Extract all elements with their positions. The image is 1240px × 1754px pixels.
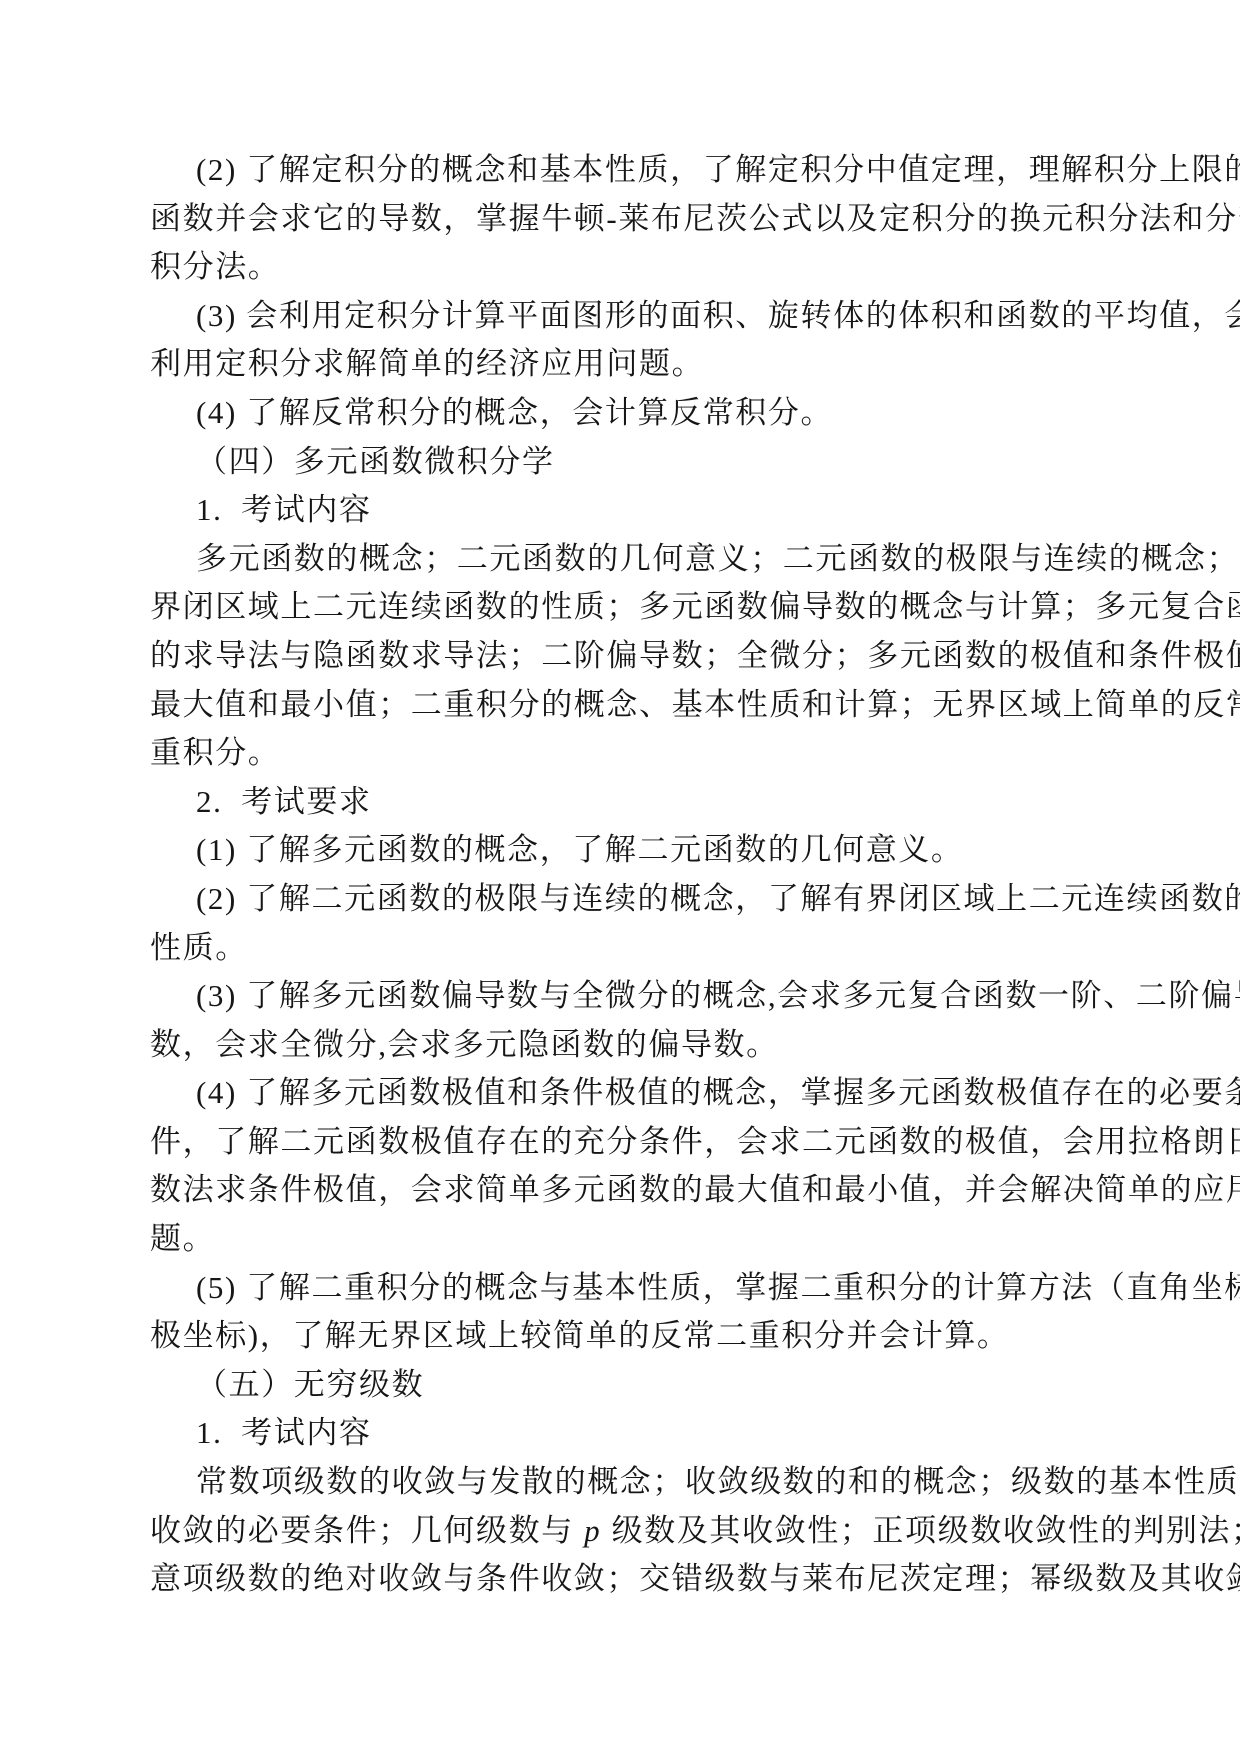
text-line: 数法求条件极值，会求简单多元函数的最大值和最小值，并会解决简单的应用问 xyxy=(150,1166,1100,1215)
text-line: 利用定积分求解简单的经济应用问题。 xyxy=(150,340,1100,389)
section-heading-line: 2. 考试要求 xyxy=(150,778,1100,827)
text-line: 函数并会求它的导数，掌握牛顿-莱布尼茨公式以及定积分的换元积分法和分部 xyxy=(150,195,1100,244)
section-heading-line: （五）无穷级数 xyxy=(150,1361,1100,1410)
text-run: (3) 了解多元函数偏导数与全微分的概念,会求多元复合函数一阶、二阶偏导 xyxy=(196,978,1240,1013)
section-heading-line: 1. 考试内容 xyxy=(150,1409,1100,1458)
text-run: 的求导法与隐函数求导法；二阶偏导数；全微分；多元函数的极值和条件极值、 xyxy=(150,638,1240,673)
text-run: (2) 了解二元函数的极限与连续的概念，了解有界闭区域上二元连续函数的 xyxy=(196,881,1240,916)
text-line: 界闭区域上二元连续函数的性质；多元函数偏导数的概念与计算；多元复合函数 xyxy=(150,583,1100,632)
text-line: (1) 了解多元函数的概念，了解二元函数的几何意义。 xyxy=(150,826,1100,875)
text-run: 2. 考试要求 xyxy=(196,784,372,819)
text-run: (3) 会利用定积分计算平面图形的面积、旋转体的体积和函数的平均值，会 xyxy=(196,298,1240,333)
math-variable: p xyxy=(583,1513,602,1548)
text-line: (4) 了解多元函数极值和条件极值的概念，掌握多元函数极值存在的必要条 xyxy=(150,1069,1100,1118)
document-page: (2) 了解定积分的概念和基本性质，了解定积分中值定理，理解积分上限的函数并会求… xyxy=(0,0,1240,1754)
text-line: 收敛的必要条件；几何级数与 p 级数及其收敛性；正项级数收敛性的判别法；任 xyxy=(150,1507,1100,1556)
text-block: (2) 了解定积分的概念和基本性质，了解定积分中值定理，理解积分上限的函数并会求… xyxy=(150,146,1100,1604)
text-run: 函数并会求它的导数，掌握牛顿-莱布尼茨公式以及定积分的换元积分法和分部 xyxy=(150,201,1240,236)
text-line: 的求导法与隐函数求导法；二阶偏导数；全微分；多元函数的极值和条件极值、 xyxy=(150,632,1100,681)
text-run: 极坐标)，了解无界区域上较简单的反常二重积分并会计算。 xyxy=(150,1318,1010,1353)
text-run: 数法求条件极值，会求简单多元函数的最大值和最小值，并会解决简单的应用问 xyxy=(150,1172,1240,1207)
text-line: 数，会求全微分,会求多元隐函数的偏导数。 xyxy=(150,1021,1100,1070)
text-run: 常数项级数的收敛与发散的概念；收敛级数的和的概念；级数的基本性质与 xyxy=(196,1464,1240,1499)
text-line: (3) 了解多元函数偏导数与全微分的概念,会求多元复合函数一阶、二阶偏导 xyxy=(150,972,1100,1021)
text-run: （四）多元函数微积分学 xyxy=(196,444,555,479)
text-run: (4) 了解多元函数极值和条件极值的概念，掌握多元函数极值存在的必要条 xyxy=(196,1075,1240,1110)
text-run: (5) 了解二重积分的概念与基本性质，掌握二重积分的计算方法（直角坐标、 xyxy=(196,1270,1240,1305)
text-run: 收敛的必要条件；几何级数与 xyxy=(150,1513,583,1548)
text-run: 最大值和最小值；二重积分的概念、基本性质和计算；无界区域上简单的反常二 xyxy=(150,687,1240,722)
text-line: (2) 了解二元函数的极限与连续的概念，了解有界闭区域上二元连续函数的 xyxy=(150,875,1100,924)
section-heading-line: 1. 考试内容 xyxy=(150,486,1100,535)
section-heading-line: （四）多元函数微积分学 xyxy=(150,438,1100,487)
text-line: 多元函数的概念；二元函数的几何意义；二元函数的极限与连续的概念；有 xyxy=(150,535,1100,584)
text-run: 数，会求全微分,会求多元隐函数的偏导数。 xyxy=(150,1027,779,1062)
text-line: (3) 会利用定积分计算平面图形的面积、旋转体的体积和函数的平均值，会 xyxy=(150,292,1100,341)
text-run: 1. 考试内容 xyxy=(196,1415,372,1450)
text-line: (4) 了解反常积分的概念，会计算反常积分。 xyxy=(150,389,1100,438)
text-line: 题。 xyxy=(150,1215,1100,1264)
text-line: (5) 了解二重积分的概念与基本性质，掌握二重积分的计算方法（直角坐标、 xyxy=(150,1264,1100,1313)
text-line: 常数项级数的收敛与发散的概念；收敛级数的和的概念；级数的基本性质与 xyxy=(150,1458,1100,1507)
text-run: 级数及其收敛性；正项级数收敛性的判别法；任 xyxy=(602,1513,1240,1548)
text-run: (4) 了解反常积分的概念，会计算反常积分。 xyxy=(196,395,833,430)
text-line: 重积分。 xyxy=(150,729,1100,778)
text-line: 积分法。 xyxy=(150,243,1100,292)
text-run: 多元函数的概念；二元函数的几何意义；二元函数的极限与连续的概念；有 xyxy=(196,541,1240,576)
text-run: （五）无穷级数 xyxy=(196,1367,424,1402)
text-line: 极坐标)，了解无界区域上较简单的反常二重积分并会计算。 xyxy=(150,1312,1100,1361)
text-run: (1) 了解多元函数的概念，了解二元函数的几何意义。 xyxy=(196,832,964,867)
text-run: 重积分。 xyxy=(150,735,280,770)
text-run: 件，了解二元函数极值存在的充分条件，会求二元函数的极值，会用拉格朗日乘 xyxy=(150,1124,1240,1159)
text-line: 性质。 xyxy=(150,924,1100,973)
text-run: 意项级数的绝对收敛与条件收敛；交错级数与莱布尼茨定理；幂级数及其收敛半 xyxy=(150,1561,1240,1596)
text-run: (2) 了解定积分的概念和基本性质，了解定积分中值定理，理解积分上限的 xyxy=(196,152,1240,187)
text-line: 最大值和最小值；二重积分的概念、基本性质和计算；无界区域上简单的反常二 xyxy=(150,681,1100,730)
text-run: 积分法。 xyxy=(150,249,280,284)
text-run: 1. 考试内容 xyxy=(196,492,372,527)
text-run: 题。 xyxy=(150,1221,215,1256)
text-line: 意项级数的绝对收敛与条件收敛；交错级数与莱布尼茨定理；幂级数及其收敛半 xyxy=(150,1555,1100,1604)
text-line: 件，了解二元函数极值存在的充分条件，会求二元函数的极值，会用拉格朗日乘 xyxy=(150,1118,1100,1167)
text-line: (2) 了解定积分的概念和基本性质，了解定积分中值定理，理解积分上限的 xyxy=(150,146,1100,195)
text-run: 性质。 xyxy=(150,930,248,965)
text-run: 利用定积分求解简单的经济应用问题。 xyxy=(150,346,704,381)
text-run: 界闭区域上二元连续函数的性质；多元函数偏导数的概念与计算；多元复合函数 xyxy=(150,589,1240,624)
